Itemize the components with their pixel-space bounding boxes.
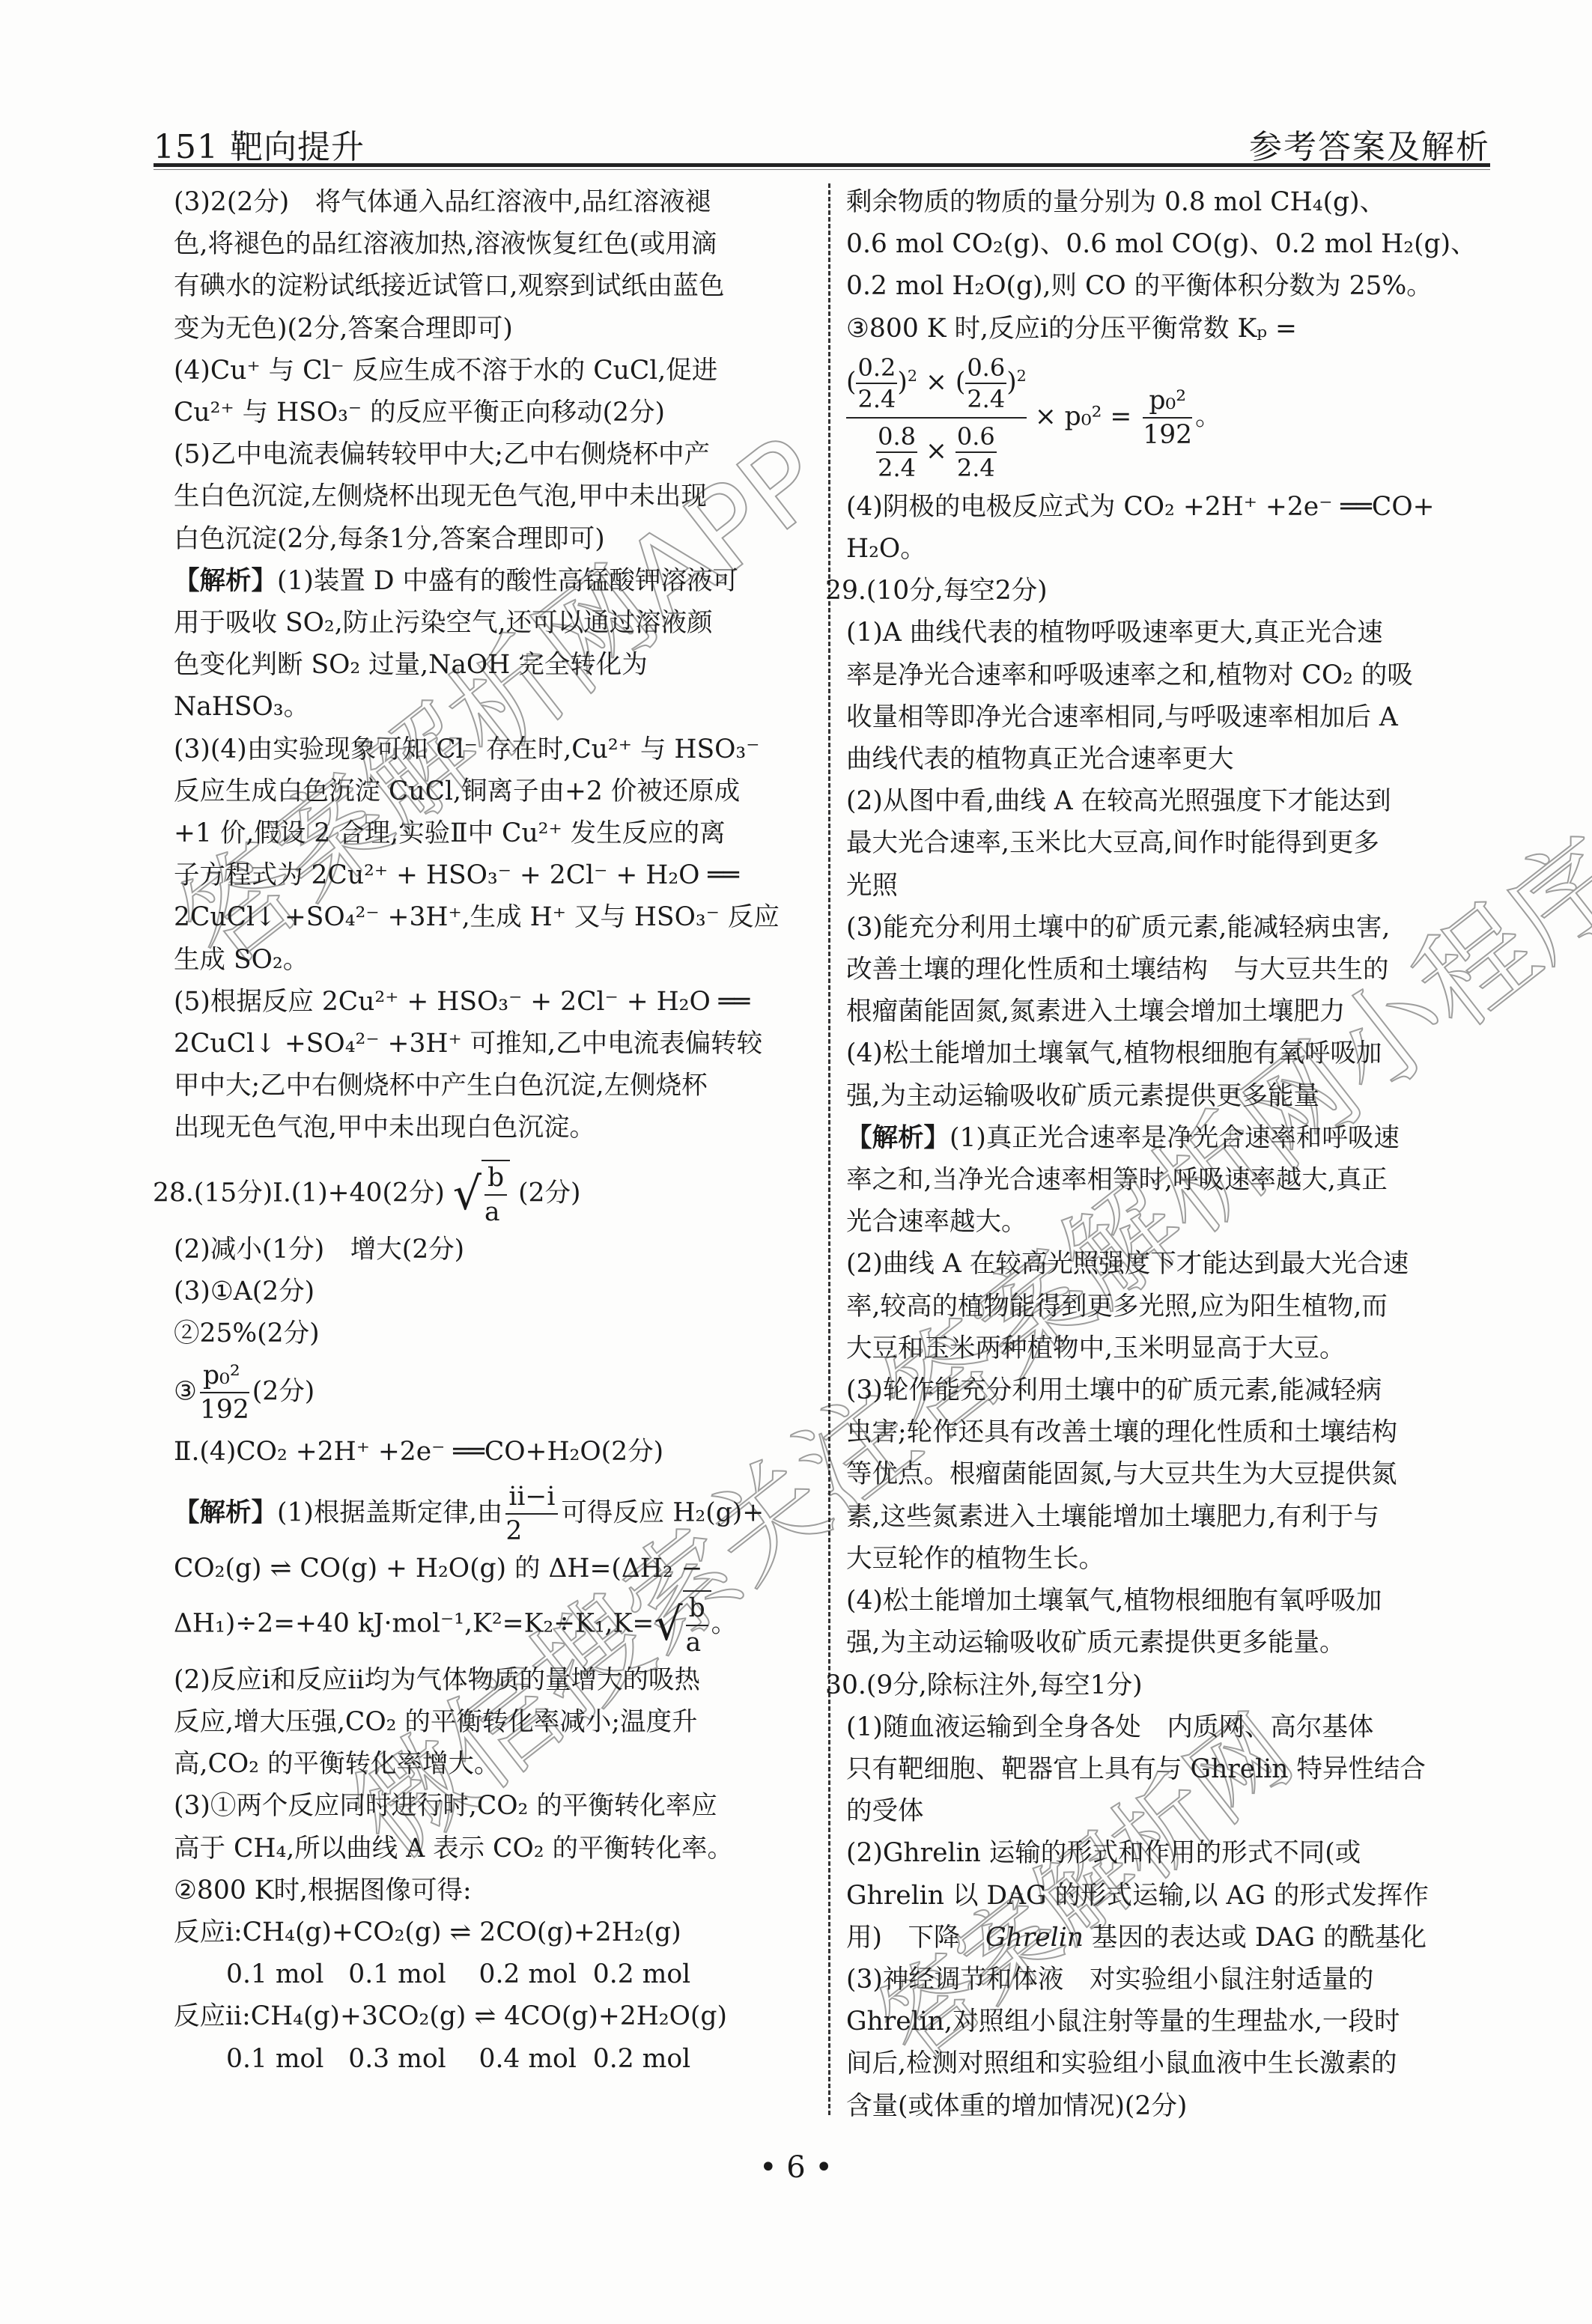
reaction-ii: 反应ⅱ:CH₄(g)+3CO₂(g) ⇌ 4CO(g)+2H₂O(g) [174, 1995, 812, 2037]
analysis-29-4: (4)松土能增加土壤氧气,植物根细胞有氧呼吸加 强,为主动运输吸收矿质元素提供更… [846, 1580, 1498, 1664]
kp-equation: (0.22.4)2 × (0.62.4)2 0.82.4 × 0.62.4 × … [846, 353, 1498, 483]
answer-28-2: (2)减小(1分) 增大(2分) [174, 1229, 812, 1271]
answer-29-4: (4)松土能增加土壤氧气,植物根细胞有氧呼吸加 强,为主动运输吸收矿质元素提供更… [846, 1032, 1498, 1116]
analysis-tag: 【解析】 [174, 566, 277, 596]
analysis-29-1: 【解析】(1)真正光合速率是净光合速率和呼吸速 率之和,当净光合速率相等时,呼吸… [846, 1117, 1498, 1244]
left-column: (3)2(2分) 将气体通入品红溶液中,品红溶液褪 色,将褪色的品红溶液加热,溶… [174, 181, 812, 2080]
answer-28-3-3: ③p₀²192(2分) [174, 1359, 812, 1426]
analysis-27-1: 【解析】(1)装置 D 中盛有的酸性高锰酸钾溶液可 用于吸收 SO₂,防止污染空… [174, 560, 812, 728]
answer-28-3-1: (3)①A(2分) [174, 1271, 812, 1312]
answer-29-2: (2)从图中看,曲线 A 在较高光照强度下才能达到 最大光合速率,玉米比大豆高,… [846, 780, 1498, 907]
right-column: 剩余物质的物质的量分别为 0.8 mol CH₄(g)、 0.6 mol CO₂… [846, 181, 1498, 2127]
header-rule [154, 163, 1490, 167]
answer-29-3: (3)能充分利用土壤中的矿质元素,能减轻病虫害, 改善土壤的理化性质和土壤结构 … [846, 907, 1498, 1033]
column-divider [828, 183, 830, 2115]
section-title: 参考答案及解析 [1249, 120, 1490, 168]
analysis-28-1: 【解析】(1)根据盖斯定律,由ii−i2可得反应 H₂(g)+ CO₂(g) ⇌… [174, 1480, 812, 1658]
answer-28-1: 28.(15分)Ⅰ.(1)+40(2分) √ba (2分) [153, 1160, 812, 1229]
question-29-header: 29.(10分,每空2分) [825, 570, 1498, 612]
analysis-29-3: (3)轮作能充分利用土壤中的矿质元素,能减轻病 虫害;轮作还具有改善土壤的理化性… [846, 1369, 1498, 1580]
analysis-tag: 【解析】 [846, 1123, 950, 1153]
book-title: 151 靶向提升 [154, 120, 365, 168]
reaction-i: 反应ⅰ:CH₄(g)+CO₂(g) ⇌ 2CO(g)+2H₂(g) [174, 1911, 812, 1953]
analysis-tag: 【解析】 [174, 1498, 277, 1528]
kp-main-fraction: (0.22.4)2 × (0.62.4)2 0.82.4 × 0.62.4 [846, 353, 1027, 483]
answer-29-1: (1)A 曲线代表的植物呼吸速率更大,真正光合速 率是净光合速率和呼吸速率之和,… [846, 612, 1498, 780]
page-header: 151 靶向提升 参考答案及解析 [154, 120, 1490, 165]
analysis-27-3-4: (3)(4)由实验现象可知 Cl⁻ 存在时,Cu²⁺ 与 HSO₃⁻ 反应生成白… [174, 728, 812, 981]
question-30-header: 30.(9分,除标注外,每空1分) [825, 1664, 1498, 1706]
answer-30-1: (1)随血液运输到全身各处 内质网、高尔基体 只有靶细胞、靶器官上具有与 Ghr… [846, 1706, 1498, 1833]
analysis-28-3: (3)①两个反应同时进行时,CO₂ 的平衡转化率应 高于 CH₄,所以曲线 A … [174, 1785, 812, 1911]
answer-30-2: (2)Ghrelin 运输的形式和作用的形式不同(或 Ghrelin 以 DAG… [846, 1832, 1498, 1959]
answer-key-page: 151 靶向提升 参考答案及解析 (3)2(2分) 将气体通入品红溶液中,品红溶… [0, 0, 1592, 2324]
answer-27-4: (4)Cu⁺ 与 Cl⁻ 反应生成不溶于水的 CuCl,促进 Cu²⁺ 与 HS… [174, 350, 812, 434]
answer-28-4: Ⅱ.(4)CO₂ +2H⁺ +2e⁻ ══CO+H₂O(2分) [174, 1431, 812, 1473]
analysis-28-3-cont: 剩余物质的物质的量分别为 0.8 mol CH₄(g)、 0.6 mol CO₂… [846, 181, 1498, 350]
reaction-i-amounts: 0.1 mol 0.1 mol 0.2 mol 0.2 mol [174, 1953, 812, 1995]
answer-30-3: (3)神经调节和体液 对实验组小鼠注射适量的 Ghrelin,对照组小鼠注射等量… [846, 1959, 1498, 2127]
analysis-28-4: (4)阴极的电极反应式为 CO₂ +2H⁺ +2e⁻ ══CO+ H₂O。 [846, 486, 1498, 570]
answer-27-3: (3)2(2分) 将气体通入品红溶液中,品红溶液褪 色,将褪色的品红溶液加热,溶… [174, 181, 812, 350]
answer-28-3-2: ②25%(2分) [174, 1312, 812, 1354]
radical-sign: √ [453, 1168, 481, 1220]
header-rule-thin [154, 169, 1490, 170]
page-number: • 6 • [0, 2150, 1592, 2185]
analysis-29-2: (2)曲线 A 在较高光照强度下才能达到最大光合速 率,较高的植物能得到更多光照… [846, 1243, 1498, 1369]
reaction-ii-amounts: 0.1 mol 0.3 mol 0.4 mol 0.2 mol [174, 2038, 812, 2080]
analysis-27-5: (5)根据反应 2Cu²⁺ + HSO₃⁻ + 2Cl⁻ + H₂O ══ 2C… [174, 981, 812, 1149]
sqrt-b-over-a: √ba [453, 1160, 510, 1229]
analysis-28-2: (2)反应ⅰ和反应ⅱ均为气体物质的量增大的吸热 反应,增大压强,CO₂ 的平衡转… [174, 1659, 812, 1786]
answer-27-5: (5)乙中电流表偏转较甲中大;乙中右侧烧杯中产 生白色沉淀,左侧烧杯出现无色气泡… [174, 434, 812, 560]
